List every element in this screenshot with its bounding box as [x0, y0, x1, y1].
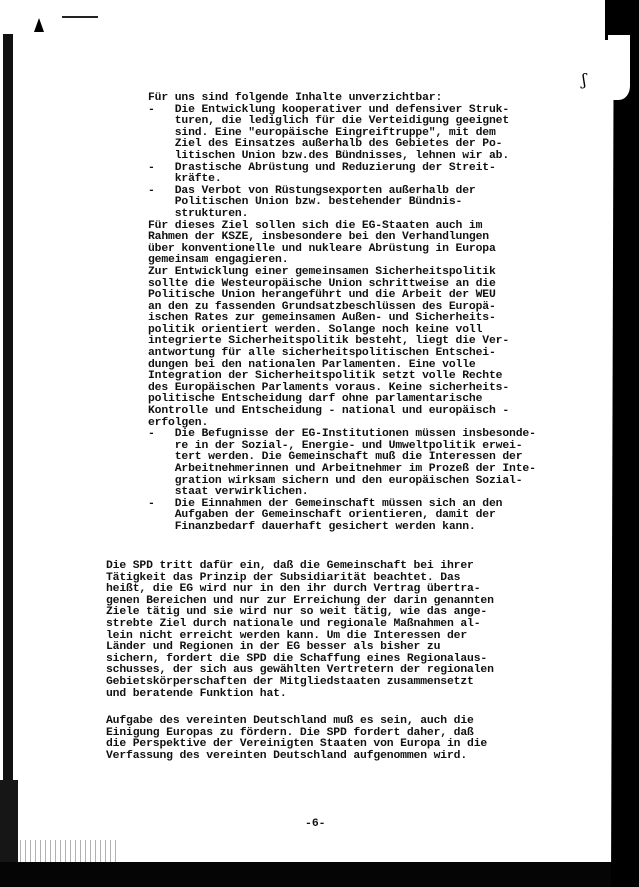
paragraph-subsidiarity: Die SPD tritt dafür ein, daß die Gemeins… [106, 561, 494, 700]
text-line: Kontrolle und Entscheidung - national un… [148, 406, 536, 418]
text-line: Für uns sind folgende Inhalte unverzicht… [148, 93, 536, 105]
scan-shadow-right [611, 0, 639, 887]
text-line: Gebietskörperschaften der Mitgliedstaate… [106, 677, 494, 689]
handwritten-mark: ʃ [582, 70, 586, 89]
text-line: Arbeitnehmerinnen und Arbeitnehmer im Pr… [148, 464, 536, 476]
paragraph-germany: Aufgabe des vereinten Deutschland muß es… [106, 716, 487, 762]
text-line: Aufgabe des vereinten Deutschland muß es… [106, 716, 487, 728]
text-line: Zur Entwicklung einer gemeinsamen Sicher… [148, 267, 536, 279]
scan-shadow-left [3, 34, 13, 874]
text-line: kräfte. [148, 174, 536, 186]
scan-noise [18, 840, 118, 862]
page-number: -6- [305, 818, 326, 830]
scan-shadow-bottom [0, 862, 639, 887]
text-line: Politische Union herangeführt und die Ar… [148, 290, 536, 302]
text-line: strebte Ziel durch nationale und regiona… [106, 619, 494, 631]
text-line: Finanzbedarf dauerhaft gesichert werden … [148, 522, 536, 534]
scan-mark-line [62, 16, 98, 18]
section-intro: Für uns sind folgende Inhalte unverzicht… [148, 93, 536, 534]
scanned-page: ʃ Für uns sind folgende Inhalte unverzic… [0, 0, 639, 887]
text-line: Länder und Regionen in der EG besser als… [106, 642, 494, 654]
scan-mark [34, 18, 44, 32]
text-line: Die SPD tritt dafür ein, daß die Gemeins… [106, 561, 494, 573]
scan-shadow-right-top [605, 0, 625, 40]
text-line: Rahmen der KSZE, insbesondere bei den Ve… [148, 232, 536, 244]
text-line: litischen Union bzw.des Bündnisses, lehn… [148, 151, 536, 163]
page-fold [608, 35, 633, 100]
text-line: strukturen. [148, 209, 536, 221]
scan-shadow-left-bottom [0, 780, 18, 875]
text-line: antwortung für alle sicherheitspolitisch… [148, 348, 536, 360]
text-line: und beratende Funktion hat. [106, 689, 494, 701]
text-line: Verfassung des vereinten Deutschland auf… [106, 751, 487, 763]
